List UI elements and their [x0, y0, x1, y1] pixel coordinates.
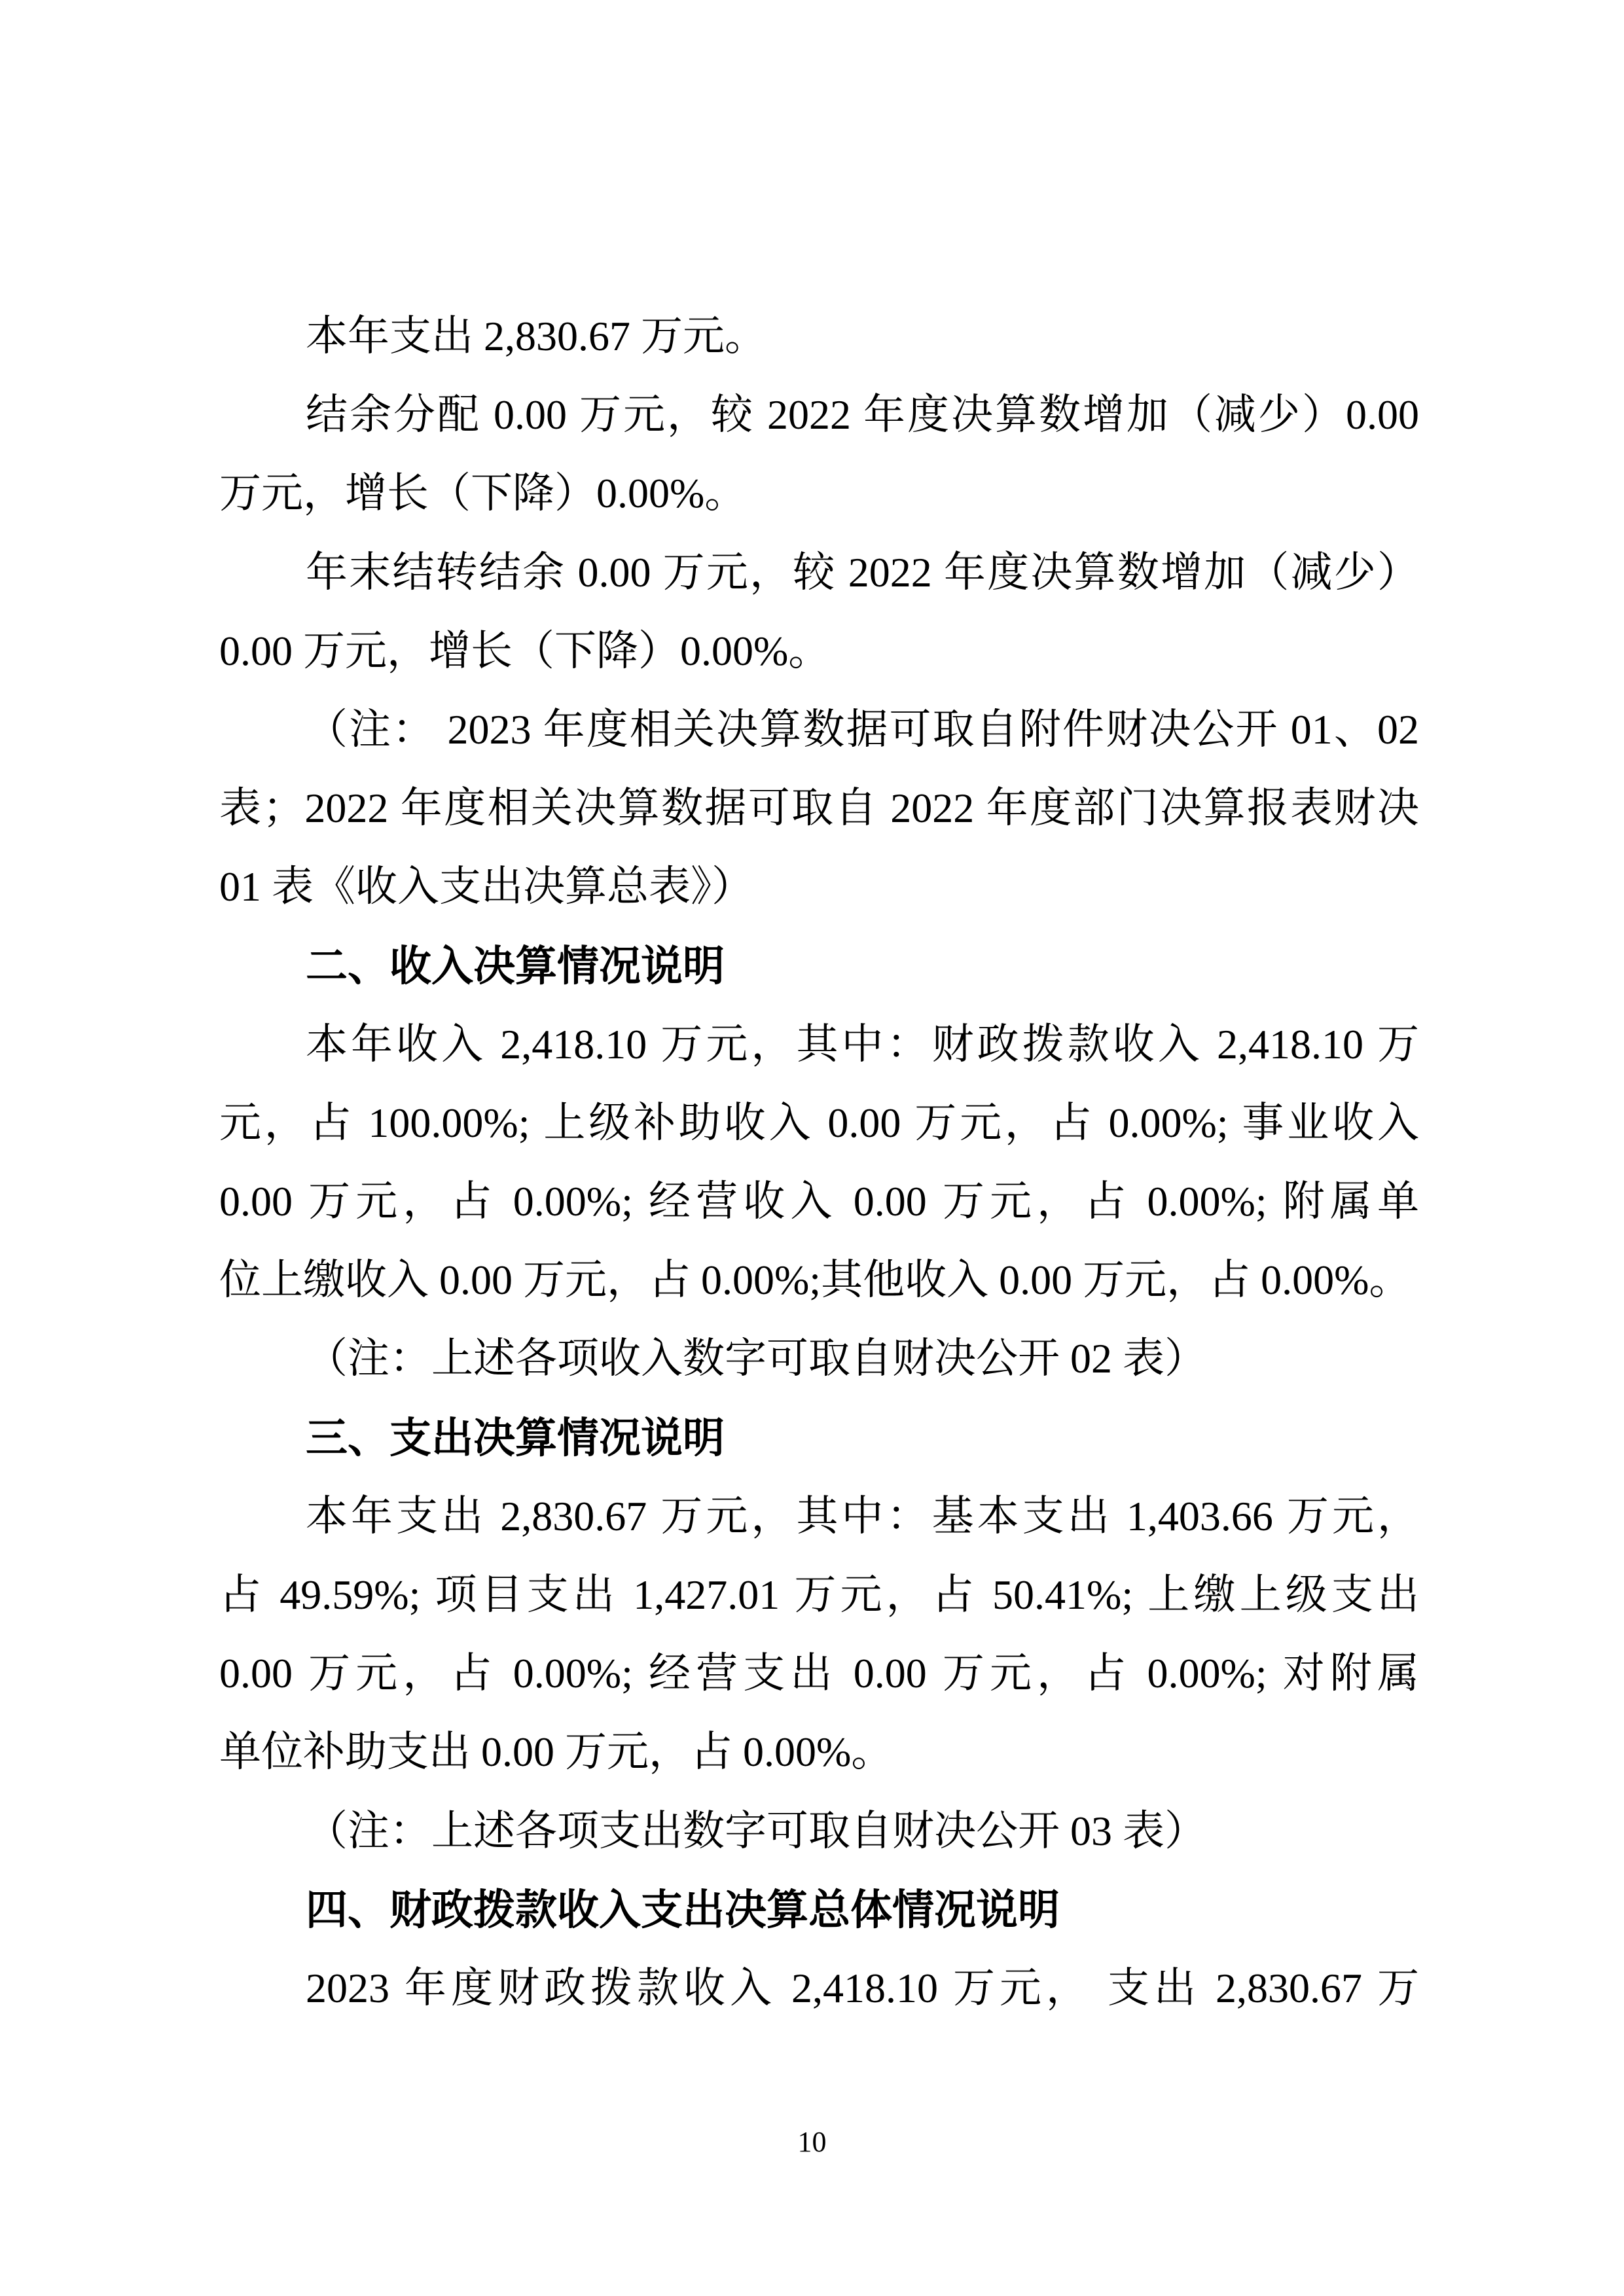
section-heading: 三、支出决算情况说明	[219, 1399, 1419, 1477]
text-line: 年末结转结余 0.00 万元，较 2022 年度决算数增加（减少）	[219, 533, 1419, 612]
text-line: （注： 2023 年度相关决算数据可取自附件财决公开 01、02	[219, 691, 1419, 769]
page-number: 10	[0, 2126, 1624, 2159]
text-line: 表；2022 年度相关决算数据可取自 2022 年度部门决算报表财决	[219, 769, 1419, 848]
text-line: 单位补助支出 0.00 万元，占 0.00%。	[219, 1713, 1419, 1791]
text-line: 本年支出 2,830.67 万元，其中：基本支出 1,403.66 万元，	[219, 1477, 1419, 1556]
text-line: 本年收入 2,418.10 万元，其中：财政拨款收入 2,418.10 万	[219, 1005, 1419, 1084]
text-line: 0.00 万元，占 0.00%; 经营支出 0.00 万元，占 0.00%; 对…	[219, 1634, 1419, 1713]
text-line: 位上缴收入 0.00 万元，占 0.00%;其他收入 0.00 万元，占 0.0…	[219, 1241, 1419, 1319]
text-line: （注：上述各项收入数字可取自财决公开 02 表）	[219, 1319, 1419, 1398]
text-line: 0.00 万元，占 0.00%; 经营收入 0.00 万元，占 0.00%; 附…	[219, 1162, 1419, 1241]
text-line: 本年支出 2,830.67 万元。	[219, 297, 1419, 376]
text-line: 2023 年度财政拨款收入 2,418.10 万元， 支出 2,830.67 万	[219, 1949, 1419, 2028]
section-heading: 二、收入决算情况说明	[219, 927, 1419, 1005]
document-page: 本年支出 2,830.67 万元。结余分配 0.00 万元，较 2022 年度决…	[0, 0, 1624, 2296]
text-line: 占 49.59%; 项目支出 1,427.01 万元，占 50.41%; 上缴上…	[219, 1556, 1419, 1634]
section-heading: 四、财政拨款收入支出决算总体情况说明	[219, 1871, 1419, 1949]
text-line: 01 表《收入支出决算总表》）	[219, 848, 1419, 926]
text-line: 0.00 万元，增长（下降）0.00%。	[219, 612, 1419, 691]
text-line: 万元，增长（下降）0.00%。	[219, 454, 1419, 533]
text-line: 元，占 100.00%; 上级补助收入 0.00 万元，占 0.00%; 事业收…	[219, 1084, 1419, 1162]
text-line: 结余分配 0.00 万元，较 2022 年度决算数增加（减少）0.00	[219, 376, 1419, 454]
text-body: 本年支出 2,830.67 万元。结余分配 0.00 万元，较 2022 年度决…	[219, 297, 1419, 2028]
text-line: （注：上述各项支出数字可取自财决公开 03 表）	[219, 1792, 1419, 1871]
